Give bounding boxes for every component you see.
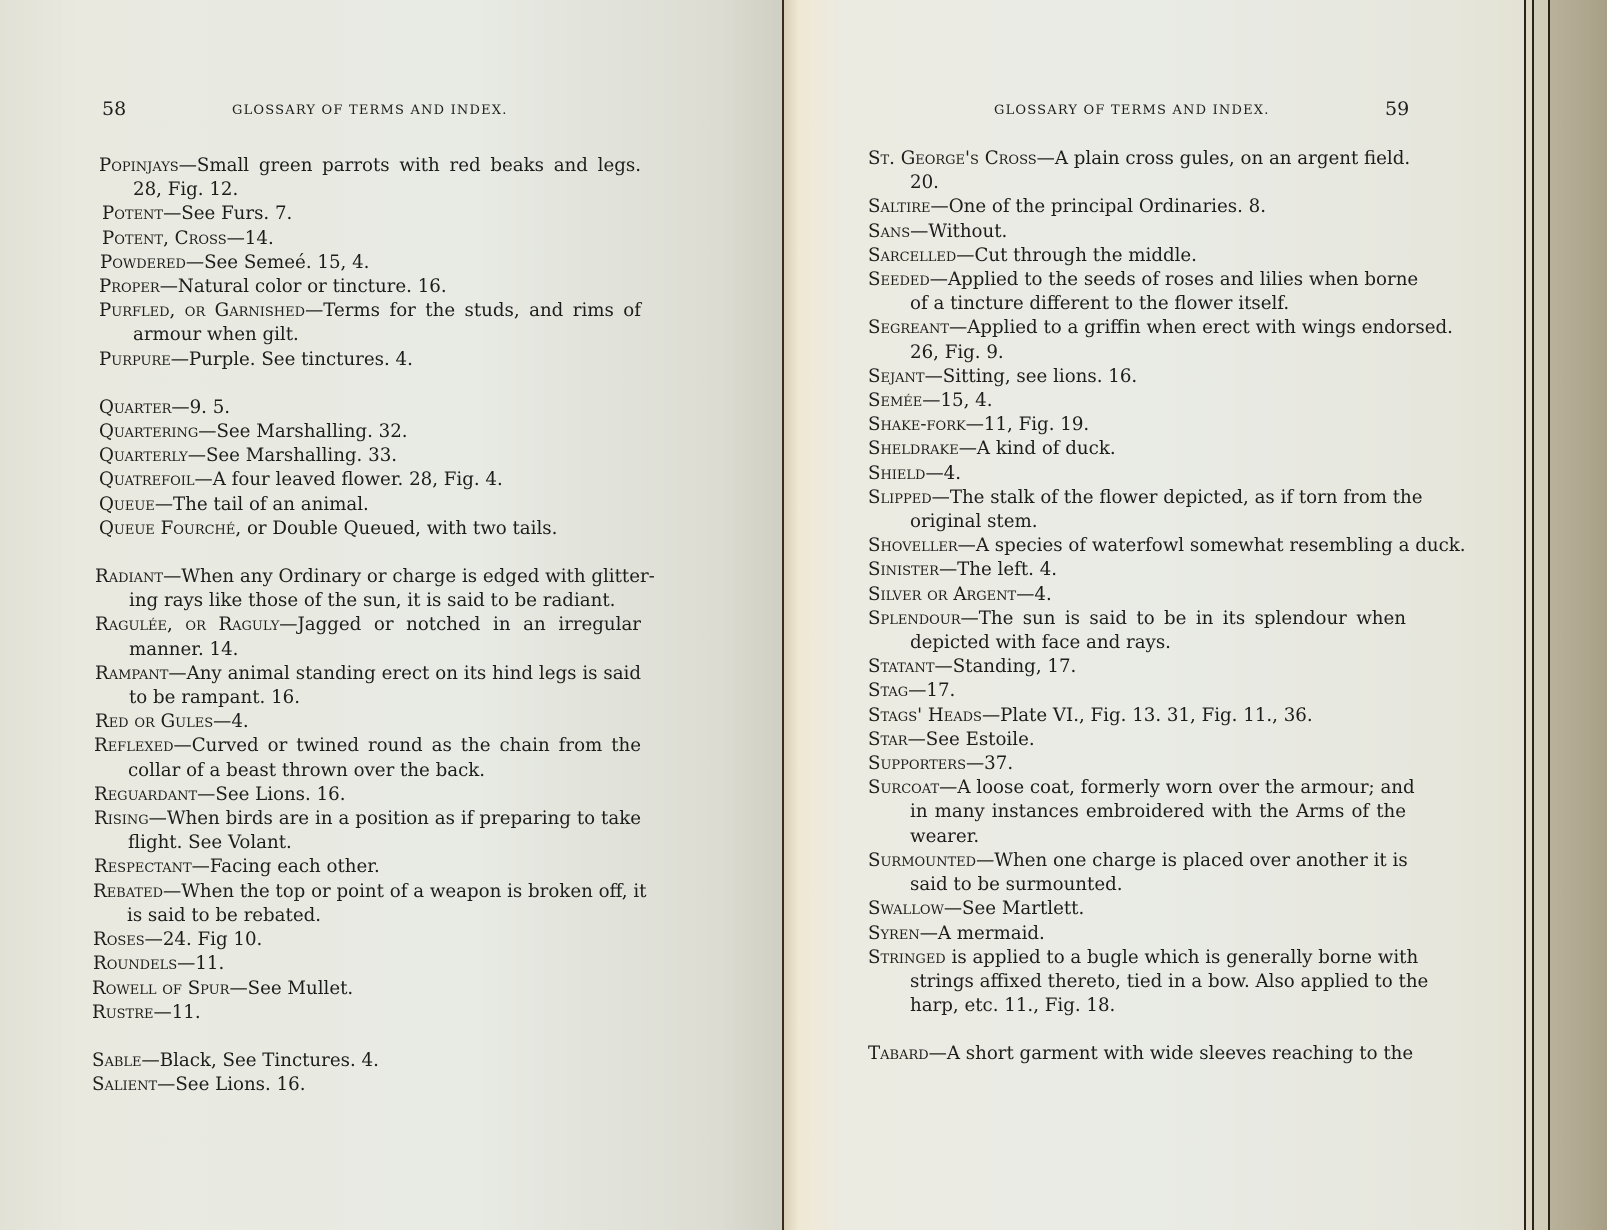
glossary-entry: Purpure—Purple. See tinctures. 4. — [99, 348, 641, 372]
right-page: GLOSSARY OF TERMS AND INDEX. 59 St. Geor… — [784, 0, 1524, 1230]
glossary-entry: Splendour—The sun is said to be in its s… — [868, 607, 1406, 655]
page-edge — [1534, 0, 1548, 1230]
glossary-entry: Tabard—A short garment with wide sleeves… — [868, 1042, 1406, 1066]
glossary-entry: Sans—Without. — [868, 220, 1406, 244]
glossary-entry: Reguardant—See Lions. 16. — [94, 783, 641, 807]
glossary-entry: Shield—4. — [868, 462, 1406, 486]
glossary-entry: Sejant—Sitting, see lions. 16. — [868, 365, 1406, 389]
glossary-entry: Star—See Estoile. — [868, 728, 1406, 752]
glossary-entry: Powdered—See Semeé. 15, 4. — [100, 251, 641, 275]
glossary-entry: Statant—Standing, 17. — [868, 655, 1406, 679]
glossary-entry: Stringed is applied to a bugle which is … — [868, 946, 1406, 1019]
glossary-entry: Queue Fourché, or Double Queued, with tw… — [99, 517, 641, 541]
glossary-entry: Purfled, or Garnished—Terms for the stud… — [99, 299, 641, 347]
glossary-entry: Respectant—Facing each other. — [94, 855, 641, 879]
running-head: GLOSSARY OF TERMS AND INDEX. — [994, 103, 1270, 118]
glossary-entry: Syren—A mermaid. — [868, 922, 1406, 946]
glossary-entry: Swallow—See Martlett. — [868, 897, 1406, 921]
glossary-entry: Rising—When birds are in a position as i… — [94, 807, 641, 855]
glossary-entry: Roses—24. Fig 10. — [93, 928, 641, 952]
glossary-entry: Quarterly—See Marshalling. 33. — [99, 444, 641, 468]
glossary-entry: Segreant—Applied to a griffin when erect… — [868, 316, 1406, 364]
glossary-entry: Shoveller—A species of waterfowl somewha… — [868, 534, 1406, 558]
glossary-entry: Silver or Argent—4. — [868, 583, 1406, 607]
glossary-entry: Sarcelled—Cut through the middle. — [868, 244, 1406, 268]
glossary-entry: Potent—See Furs. 7. — [102, 202, 641, 226]
glossary-entry: Rampant—Any animal standing erect on its… — [95, 662, 641, 710]
glossary-entry: Rustre—11. — [92, 1001, 641, 1025]
glossary-entry: Reflexed—Curved or twined round as the c… — [94, 734, 641, 782]
glossary-entry: Sheldrake—A kind of duck. — [868, 437, 1406, 461]
glossary-entry: Seeded—Applied to the seeds of roses and… — [868, 268, 1406, 316]
glossary-entry: Sinister—The left. 4. — [868, 558, 1406, 582]
glossary-entry: Popinjays—Small green parrots with red b… — [99, 154, 641, 202]
glossary-entry: Roundels—11. — [93, 952, 641, 976]
glossary-entry: Surmounted—When one charge is placed ove… — [868, 849, 1406, 897]
book-spread: 58 GLOSSARY OF TERMS AND INDEX. Popinjay… — [0, 0, 1607, 1230]
glossary-entry: Quatrefoil—A four leaved flower. 28, Fig… — [99, 468, 641, 492]
book-cover-edge — [1550, 0, 1607, 1230]
glossary-entry: Sable—Black, See Tinctures. 4. — [92, 1049, 641, 1073]
glossary-entry: Rebated—When the top or point of a weapo… — [93, 880, 641, 928]
glossary-entry: Potent, Cross—14. — [102, 227, 641, 251]
glossary-entry: Ragulée, or Raguly—Jagged or notched in … — [95, 613, 641, 661]
glossary-entry: St. George's Cross—A plain cross gules, … — [868, 147, 1406, 195]
glossary-entry: Quartering—See Marshalling. 32. — [99, 420, 641, 444]
page-number: 59 — [1385, 98, 1409, 120]
glossary-entry: Quarter—9. 5. — [99, 396, 641, 420]
glossary-entry: Proper—Natural color or tincture. 16. — [99, 275, 641, 299]
glossary-entry: Surcoat—A loose coat, formerly worn over… — [868, 776, 1406, 849]
glossary-entries-left: Popinjays—Small green parrots with red b… — [99, 154, 641, 1097]
glossary-entry: Saltire—One of the principal Ordinaries.… — [868, 195, 1406, 219]
glossary-entry: Red or Gules—4. — [95, 710, 641, 734]
glossary-entries-right: St. George's Cross—A plain cross gules, … — [868, 147, 1406, 1067]
glossary-entry: Supporters—37. — [868, 752, 1406, 776]
glossary-entry: Slipped—The stalk of the flower depicted… — [868, 486, 1406, 534]
glossary-entry: Salient—See Lions. 16. — [92, 1073, 641, 1097]
running-head: GLOSSARY OF TERMS AND INDEX. — [232, 103, 508, 118]
glossary-entry: Stags' Heads—Plate VI., Fig. 13. 31, Fig… — [868, 704, 1406, 728]
glossary-entry: Stag—17. — [868, 679, 1406, 703]
glossary-entry: Shake-fork—11, Fig. 19. — [868, 413, 1406, 437]
glossary-entry: Queue—The tail of an animal. — [99, 493, 641, 517]
glossary-entry: Radiant—When any Ordinary or charge is e… — [95, 565, 641, 613]
page-number: 58 — [102, 98, 126, 120]
glossary-entry: Semée—15, 4. — [868, 389, 1406, 413]
left-page: 58 GLOSSARY OF TERMS AND INDEX. Popinjay… — [0, 0, 782, 1230]
glossary-entry: Rowell of Spur—See Mullet. — [92, 977, 641, 1001]
